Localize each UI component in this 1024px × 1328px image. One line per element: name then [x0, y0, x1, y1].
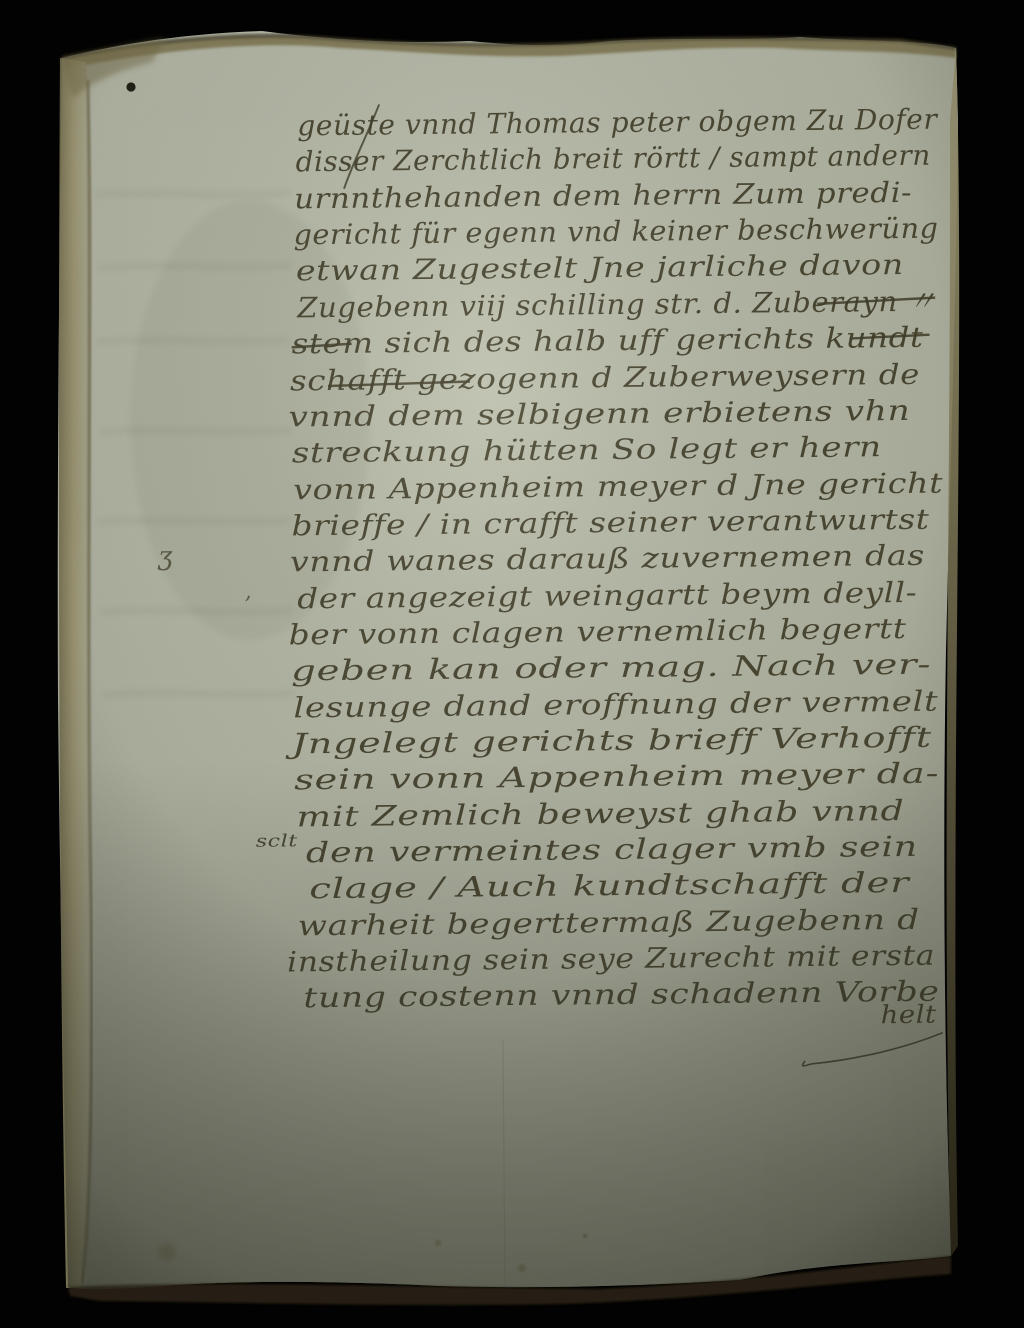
manuscript-scan: geüste vnnd Thomas peter obgem Zu Dofer … [0, 0, 1024, 1328]
manuscript-photo: geüste vnnd Thomas peter obgem Zu Dofer … [0, 0, 1024, 1328]
page-shading [0, 0, 1024, 1328]
